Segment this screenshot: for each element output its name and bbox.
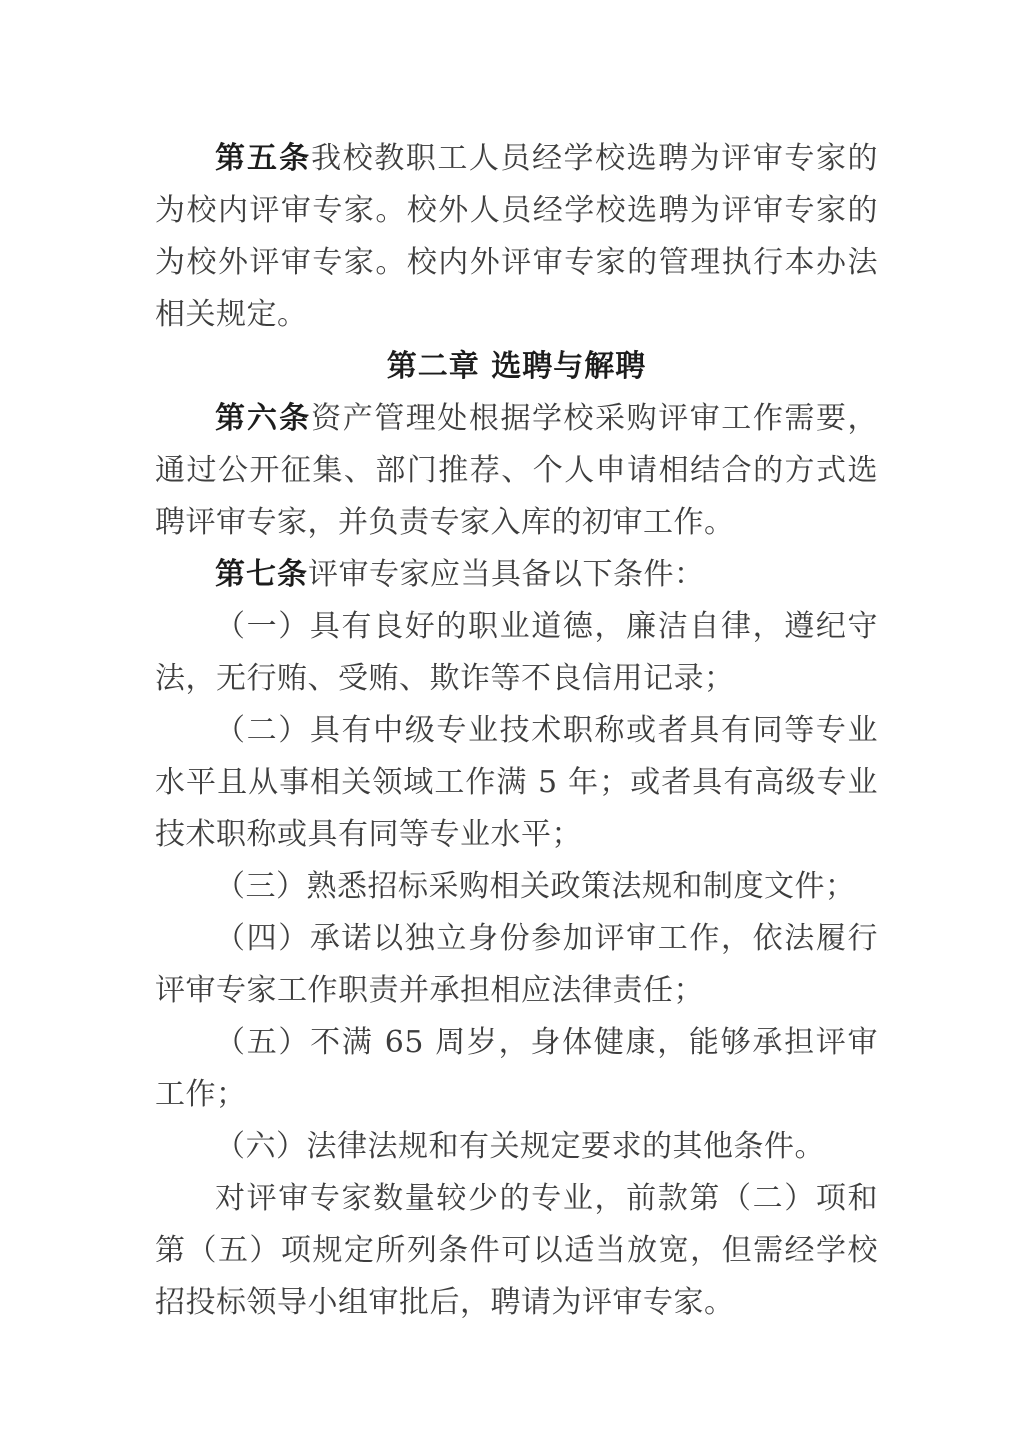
article-number: 第五条 [215, 141, 311, 176]
paragraph: 第七条评审专家应当具备以下条件： [155, 549, 878, 601]
article-number: 第七条 [215, 557, 308, 592]
document-page: 第五条我校教职工人员经学校选聘为评审专家的为校内评审专家。校外人员经学校选聘为评… [0, 0, 1024, 1448]
paragraph: （四）承诺以独立身份参加评审工作，依法履行评审专家工作职责并承担相应法律责任； [155, 913, 878, 1017]
chapter-heading: 第二章 选聘与解聘 [155, 341, 878, 393]
paragraph: （二）具有中级专业技术职称或者具有同等专业水平且从事相关领域工作满 5 年；或者… [155, 705, 878, 861]
paragraph: （五）不满 65 周岁，身体健康，能够承担评审工作； [155, 1017, 878, 1121]
paragraph: （三）熟悉招标采购相关政策法规和制度文件； [155, 861, 878, 913]
document-body: 第五条我校教职工人员经学校选聘为评审专家的为校内评审专家。校外人员经学校选聘为评… [155, 133, 878, 1329]
paragraph: 第五条我校教职工人员经学校选聘为评审专家的为校内评审专家。校外人员经学校选聘为评… [155, 133, 878, 341]
paragraph: （一）具有良好的职业道德，廉洁自律，遵纪守法，无行贿、受贿、欺诈等不良信用记录； [155, 601, 878, 705]
paragraph: （六）法律法规和有关规定要求的其他条件。 [155, 1121, 878, 1173]
paragraph: 对评审专家数量较少的专业，前款第（二）项和第（五）项规定所列条件可以适当放宽，但… [155, 1173, 878, 1329]
paragraph: 第六条资产管理处根据学校采购评审工作需要，通过公开征集、部门推荐、个人申请相结合… [155, 393, 878, 549]
article-number: 第六条 [215, 401, 311, 436]
